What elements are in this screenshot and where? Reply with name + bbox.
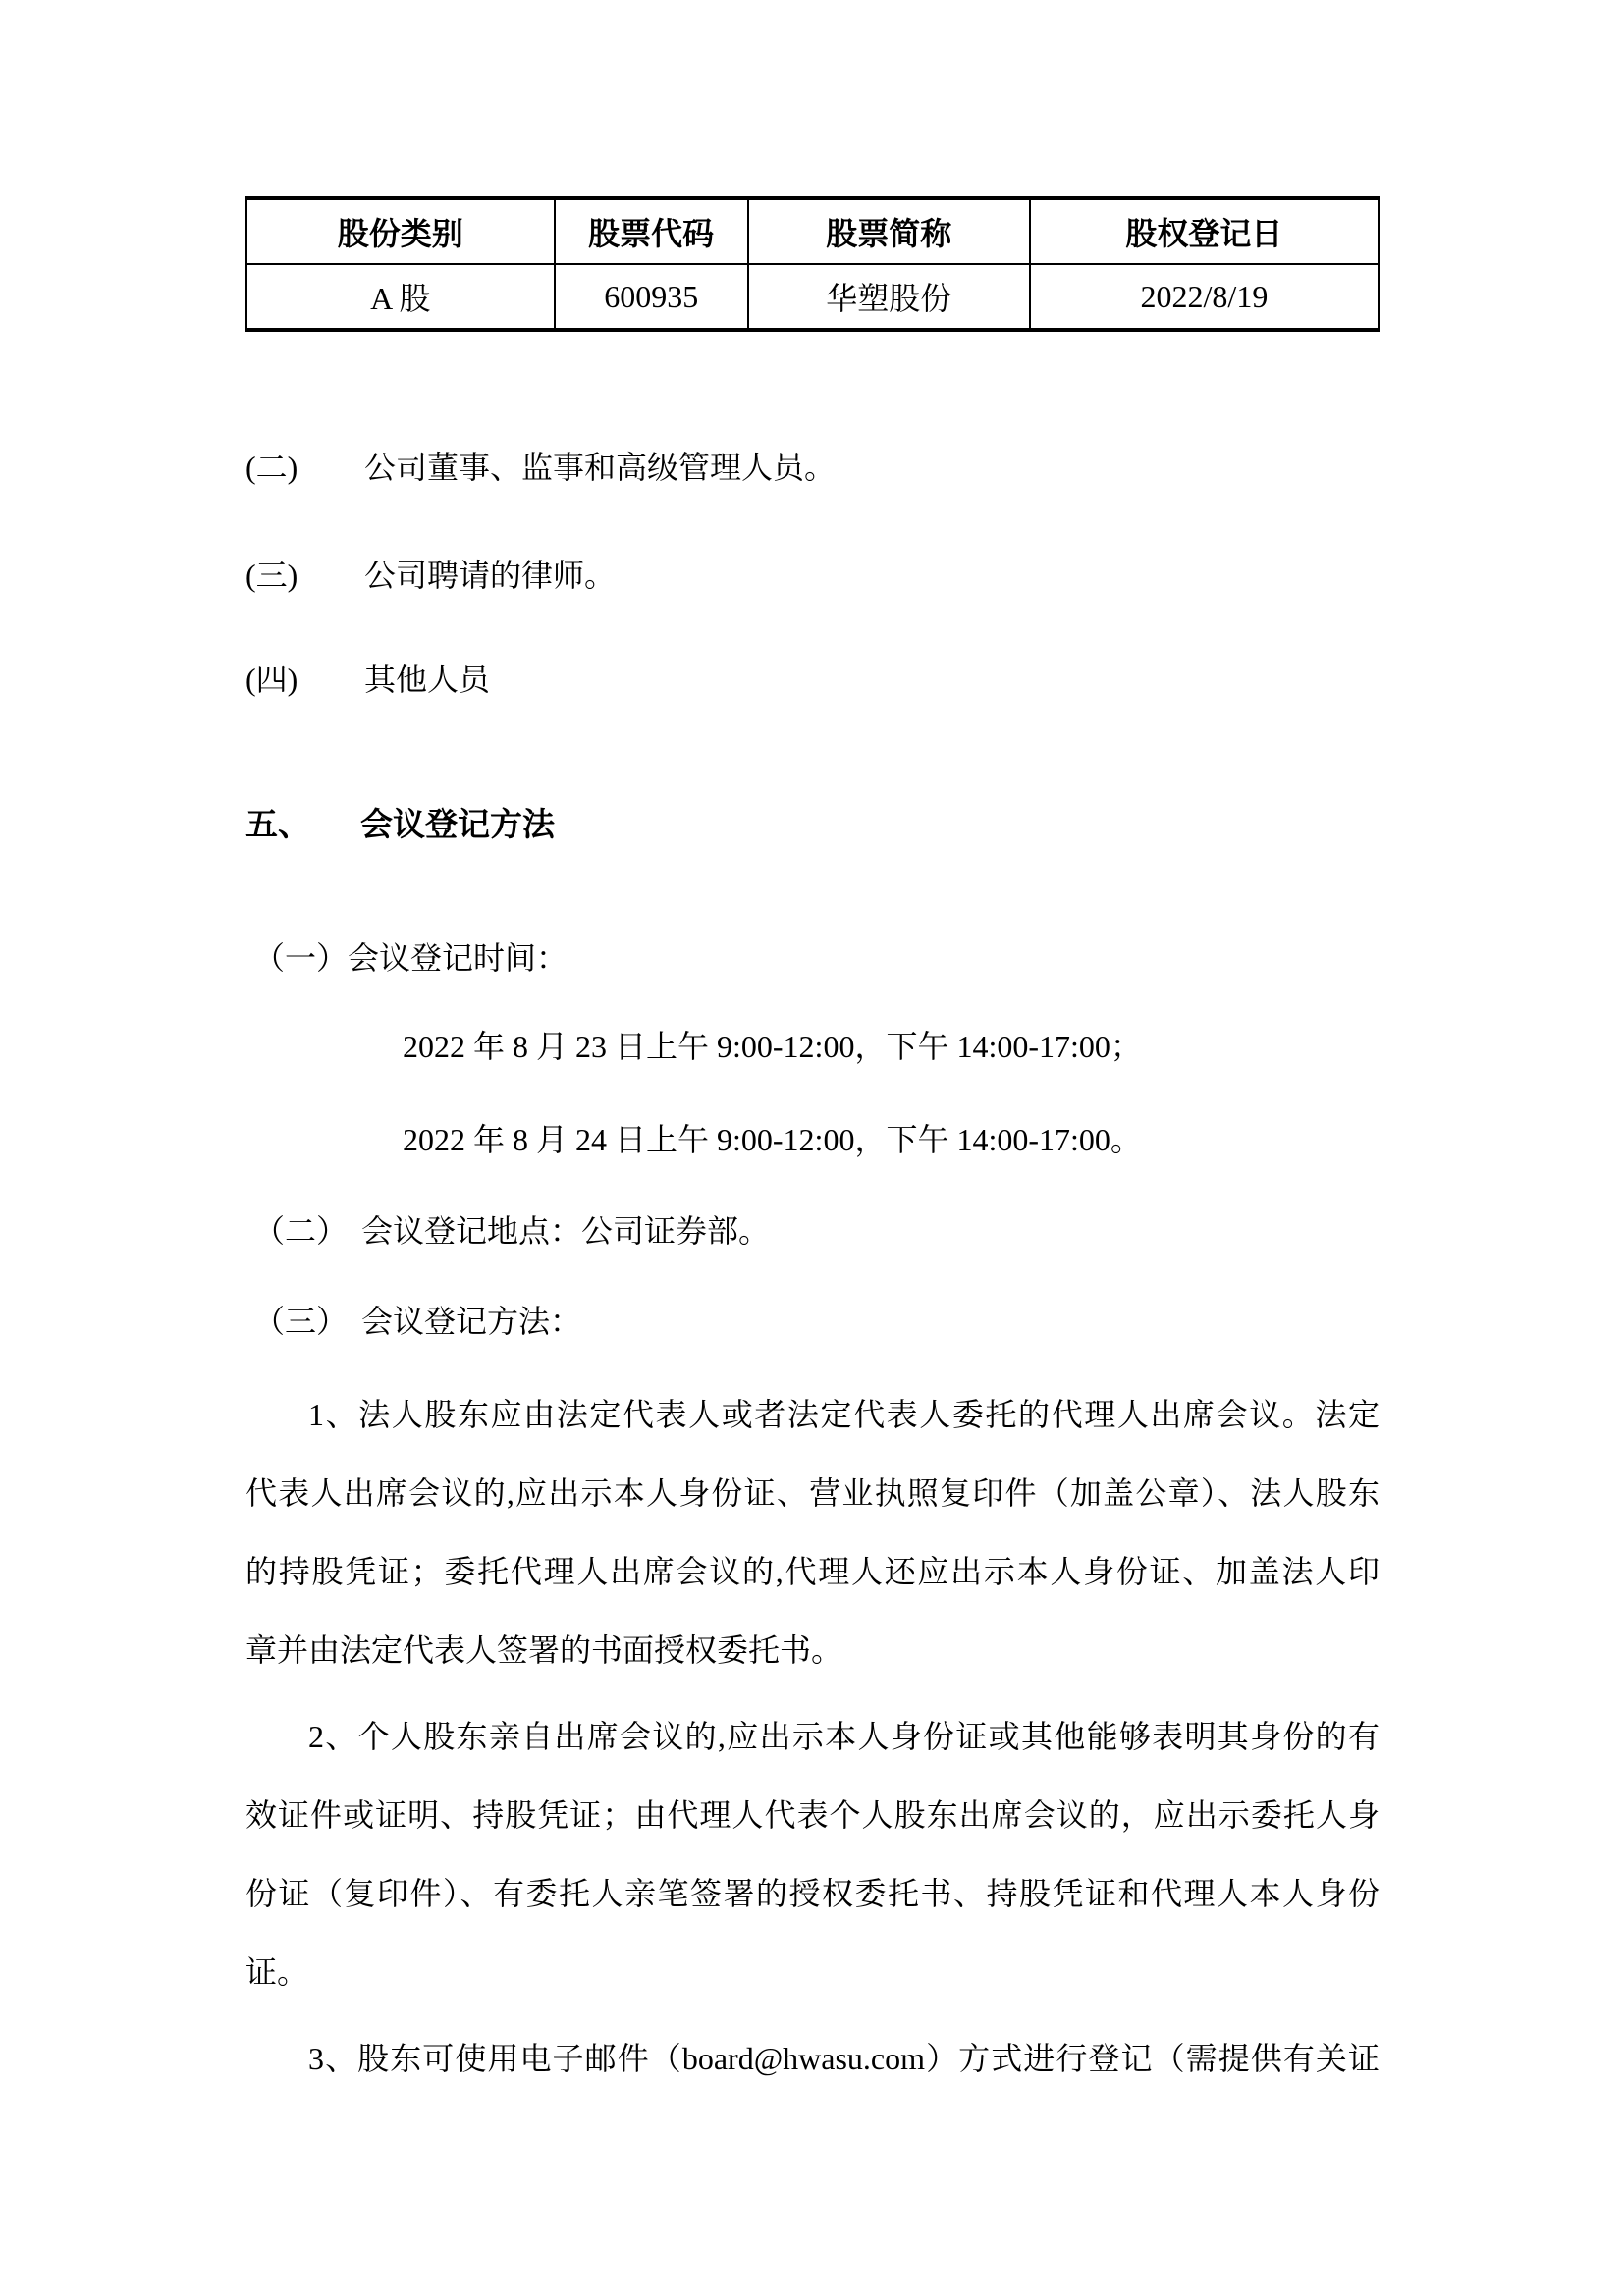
list-item-attendees-2: (二)公司董事、监事和高级管理人员。 (245, 444, 1380, 491)
paragraph-1-line-2: 代表人出席会议的,应出示本人身份证、营业执照复印件（加盖公章）、法人股东 (245, 1469, 1380, 1517)
registration-method-line: （三）会议登记方法： (245, 1298, 1380, 1345)
section-heading: 五、会议登记方法 (245, 802, 1380, 849)
list-item-label: (四) (245, 656, 364, 703)
document-content: 股份类别 股票代码 股票简称 股权登记日 A 股 600935 华塑股份 202… (245, 0, 1380, 2082)
list-item-attendees-4: (四)其他人员 (245, 656, 1380, 703)
cell-stock-name: 华塑股份 (748, 264, 1030, 330)
paragraph-2-line-3: 份证（复印件）、有委托人亲笔签署的授权委托书、持股凭证和代理人本人身份 (245, 1870, 1380, 1917)
header-stock-code: 股票代码 (555, 198, 748, 264)
header-record-date: 股权登记日 (1030, 198, 1379, 264)
registration-place-text: 会议登记地点：公司证券部。 (361, 1213, 770, 1249)
stock-info-table: 股份类别 股票代码 股票简称 股权登记日 A 股 600935 华塑股份 202… (245, 196, 1380, 332)
list-item-text: 其他人员 (364, 662, 490, 697)
registration-time-label: （一）会议登记时间： (245, 934, 1380, 982)
header-stock-name: 股票简称 (748, 198, 1030, 264)
list-item-label: (三) (245, 552, 364, 599)
paragraph-1-line-4: 章并由法定代表人签署的书面授权委托书。 (245, 1627, 1380, 1674)
cell-share-class: A 股 (246, 264, 555, 330)
registration-place-line: （二）会议登记地点：公司证券部。 (245, 1207, 1380, 1255)
paragraph-2-line-1: 2、个人股东亲自出席会议的,应出示本人身份证或其他能够表明其身份的有 (245, 1713, 1380, 1760)
header-share-class: 股份类别 (246, 198, 555, 264)
registration-method-text: 会议登记方法： (361, 1304, 581, 1339)
list-item-label: (二) (245, 444, 364, 491)
registration-time-line-2: 2022 年 8 月 24 日上午 9:00-12:00，下午 14:00-17… (245, 1116, 1380, 1163)
registration-place-label: （二） (253, 1213, 348, 1249)
paragraph-2-line-2: 效证件或证明、持股凭证；由代理人代表个人股东出席会议的，应出示委托人身 (245, 1791, 1380, 1839)
paragraph-2-line-4: 证。 (245, 1949, 1380, 1996)
paragraph-1-line-3: 的持股凭证；委托代理人出席会议的,代理人还应出示本人身份证、加盖法人印 (245, 1548, 1380, 1595)
section-title: 会议登记方法 (360, 808, 555, 843)
table-data-row: A 股 600935 华塑股份 2022/8/19 (246, 264, 1379, 330)
table-header-row: 股份类别 股票代码 股票简称 股权登记日 (246, 198, 1379, 264)
list-item-text: 公司聘请的律师。 (364, 558, 616, 593)
cell-record-date: 2022/8/19 (1030, 264, 1379, 330)
list-item-attendees-3: (三)公司聘请的律师。 (245, 552, 1380, 599)
document-page: 股份类别 股票代码 股票简称 股权登记日 A 股 600935 华塑股份 202… (0, 0, 1624, 2296)
list-item-text: 公司董事、监事和高级管理人员。 (364, 450, 836, 485)
registration-time-line-1: 2022 年 8 月 23 日上午 9:00-12:00，下午 14:00-17… (245, 1023, 1380, 1070)
cell-stock-code: 600935 (555, 264, 748, 330)
section-number: 五、 (245, 802, 360, 849)
paragraph-1-line-1: 1、法人股东应由法定代表人或者法定代表人委托的代理人出席会议。法定 (245, 1391, 1380, 1438)
registration-method-label: （三） (253, 1304, 348, 1339)
paragraph-3-line-1: 3、股东可使用电子邮件（board@hwasu.com）方式进行登记（需提供有关… (245, 2035, 1380, 2082)
